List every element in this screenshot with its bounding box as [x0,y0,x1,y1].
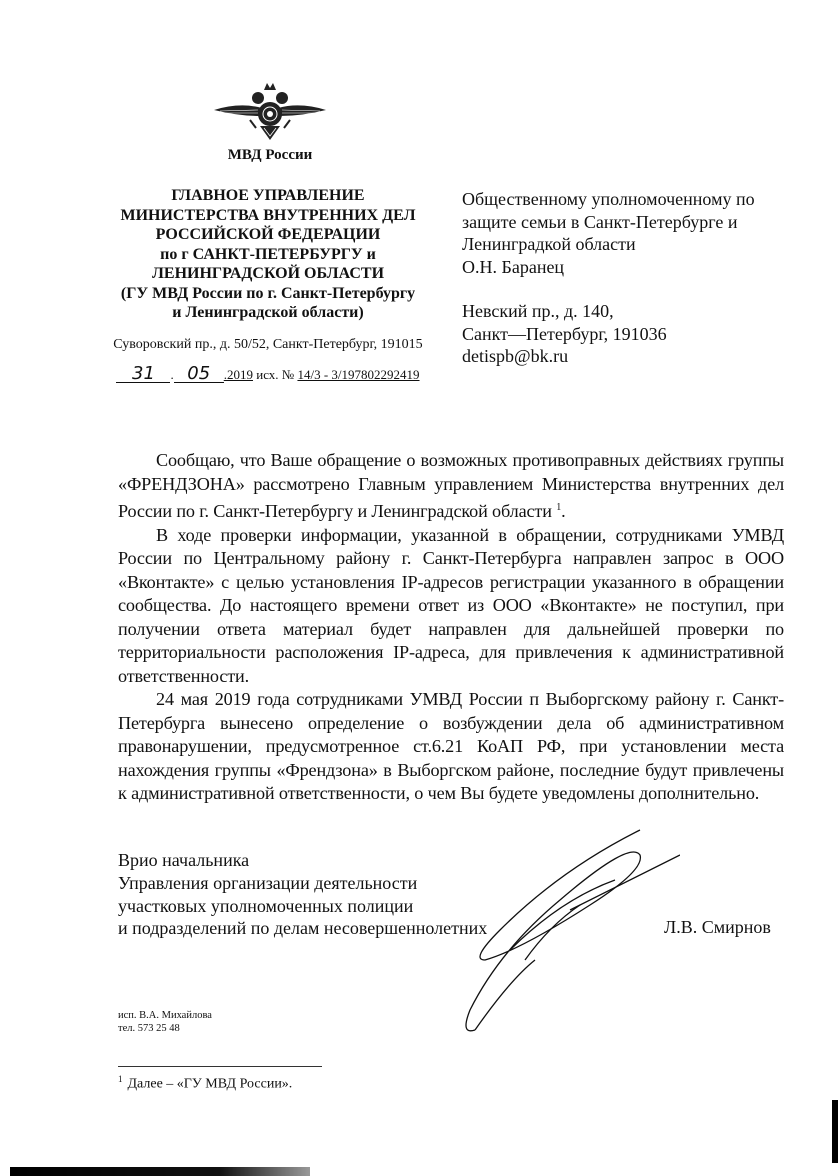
ref-month: 05 [174,366,224,383]
executor-name: исп. В.А. Михайлова [118,1009,212,1022]
org-line: МИНИСТЕРСТВА ВНУТРЕННИХ ДЕЛ [98,206,438,226]
addressee-line: Общественному уполномоченному по [462,188,812,211]
addressee-block: Общественному уполномоченному по защите … [462,188,812,368]
org-line: и Ленинградской области) [98,303,438,323]
org-short-name: МВД России [160,147,380,164]
signatory-name: Л.В. Смирнов [664,917,771,938]
org-line: по г САНКТ-ПЕТЕРБУРГУ и [98,245,438,265]
scan-edge-right [832,1100,838,1163]
addressee-line: Ленинградкой области [462,233,812,256]
mvd-emblem-icon [210,80,330,146]
org-line: РОССИЙСКОЙ ФЕДЕРАЦИИ [98,225,438,245]
executor-phone: тел. 573 25 48 [118,1022,212,1035]
org-line: (ГУ МВД России по г. Санкт-Петербургу [98,284,438,304]
org-address: Суворовский пр., д. 50/52, Санкт-Петербу… [98,337,438,353]
footnote-divider [118,1066,322,1067]
letter-body: Сообщаю, что Ваше обращение о возможных … [118,449,784,806]
body-paragraph: Сообщаю, что Ваше обращение о возможных … [118,449,784,524]
body-paragraph: В ходе проверки информации, указанной в … [118,524,784,689]
ref-outgoing-label: исх. № [256,367,294,382]
org-line: ГЛАВНОЕ УПРАВЛЕНИЕ [98,186,438,206]
scan-edge-bottom [10,1167,310,1176]
addressee-line: защите семьи в Санкт-Петербурге и [462,211,812,234]
executor-info: исп. В.А. Михайлова тел. 573 25 48 [118,1009,212,1035]
ref-number: 14/3 - 3/197802292419 [297,367,419,382]
reference-line: 31.05.2019 исх. № 14/3 - 3/197802292419 [98,366,438,383]
footnote: 1Далее – «ГУ МВД России». [118,1074,292,1093]
addressee-email: detispb@bk.ru [462,345,812,368]
footnote-text: Далее – «ГУ МВД России». [128,1077,293,1092]
org-line: ЛЕНИНГРАДСКОЙ ОБЛАСТИ [98,264,438,284]
handwritten-signature-icon [440,810,680,1050]
footnote-marker: 1 [118,1074,123,1084]
addressee-address-line: Санкт—Петербург, 191036 [462,323,812,346]
ref-day: 31 [116,366,170,383]
addressee-name: О.Н. Баранец [462,256,812,279]
org-full-name: ГЛАВНОЕ УПРАВЛЕНИЕ МИНИСТЕРСТВА ВНУТРЕНН… [98,186,438,323]
body-paragraph: 24 мая 2019 года сотрудниками УМВД Росси… [118,688,784,806]
ref-year: .2019 [224,367,253,382]
addressee-address-line: Невский пр., д. 140, [462,300,812,323]
